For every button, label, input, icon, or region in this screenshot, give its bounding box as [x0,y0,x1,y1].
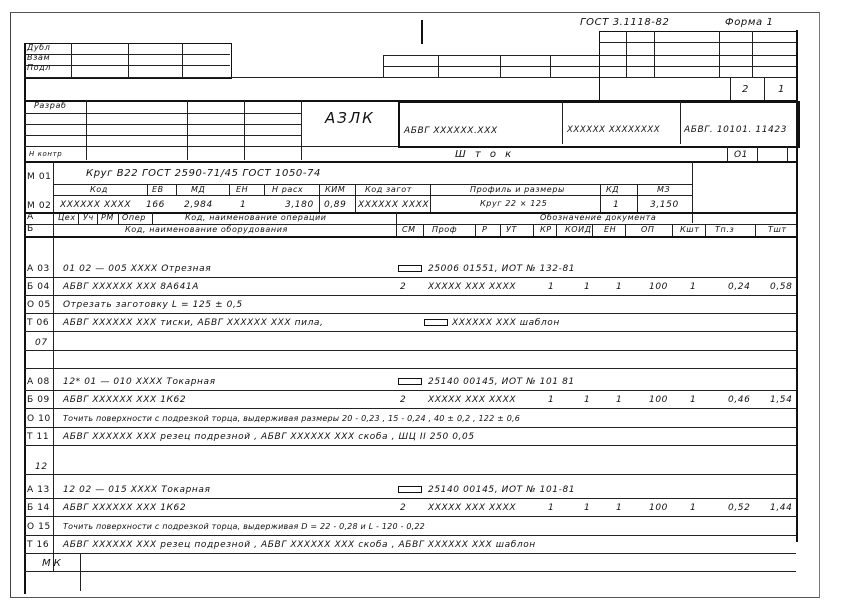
row-text: Точить поверхности с подрезкой торца, вы… [63,521,425,533]
cell-tpz: 0,24 [728,281,750,293]
row-code-b: Б [27,223,34,235]
cell-tsht: 1,44 [770,502,792,514]
mat-v-kim: 0,89 [324,199,346,211]
row-code: 12 [35,461,48,473]
cell-kr: 1 [616,502,622,514]
mat-v-ev: 166 [146,199,165,211]
row-code: 07 [35,337,48,349]
row-code-m01: М 01 [27,171,51,183]
row-code: Б 09 [27,394,50,406]
profile-symbol-icon [398,378,422,385]
row-code: Т 11 [27,431,49,443]
col-oper: Опер [122,212,146,224]
row-text: Точить поверхности с подрезкой торца, вы… [63,413,520,425]
col-ut: УТ [506,224,517,236]
cell-r: 1 [548,281,554,293]
row-doc: 25140 00145, ИОТ № 101-81 [428,484,575,496]
col-tseh: Цех [58,212,76,224]
cell-ut: 1 [584,281,590,293]
row-doc: 25006 01551, ИОТ № 132-81 [428,263,575,275]
row-code: А 13 [27,484,50,496]
document-code-2: XXXXXX XXXXXXXX [567,124,660,136]
col-tsht: Тшт [768,224,787,236]
col-kr: КР [540,224,552,236]
organization-name: АЗЛК [325,112,375,124]
document-type: МК [42,558,64,570]
cell-op: 1 [690,394,696,406]
cell-prof: XXXXX XXX XXXX [428,502,516,514]
col-doc-label: Обозначение документа [540,212,656,224]
row-code: О 15 [27,521,51,533]
document-code: АБВГ XXXXXX.XXX [404,125,498,137]
standard-label: ГОСТ 3.1118-82 [580,17,669,29]
litera: О1 [734,149,748,161]
sheet-number: 1 [778,84,785,96]
cell-ut: 1 [584,502,590,514]
row-code: Б 14 [27,502,50,514]
cell-sm: 2 [400,394,406,406]
developer-label: Разраб [34,100,67,112]
mat-v-kodzag: XXXXXX XXXX [358,199,429,211]
row-text: АБВГ XXXXXX XXX 8А641А [63,281,199,293]
n-kontr-label: Н контр [29,148,62,160]
col-rm: РМ [101,212,114,224]
cell-kr: 1 [616,281,622,293]
sheet-total: 2 [742,84,749,96]
row-text: АБВГ XXXXXX XXX тиски, АБВГ XXXXXX XXX п… [63,317,324,329]
cell-tpz: 0,52 [728,502,750,514]
profile-symbol-icon [424,319,448,326]
cell-kr: 1 [616,394,622,406]
cell-prof: XXXXX XXX XXXX [428,281,516,293]
row-text: Отрезать заготовку L = 125 ± 0,5 [63,299,243,311]
material-text: Круг В22 ГОСТ 2590-71/45 ГОСТ 1050-74 [86,168,321,180]
cell-sm: 2 [400,281,406,293]
row-text: АБВГ XXXXXX XXX резец подрезной , АБВГ X… [63,431,475,443]
row-doc: XXXXXX XXX шаблон [452,317,560,329]
top-center-mark [421,20,423,44]
form-label: Форма 1 [725,17,774,29]
cell-tsht: 1,54 [770,394,792,406]
row-text: АБВГ XXXXXX XXX 1К62 [63,502,186,514]
col-uch: Уч [83,212,94,224]
cell-ut: 1 [584,394,590,406]
cell-tpz: 0,46 [728,394,750,406]
row-doc: 25140 00145, ИОТ № 101 81 [428,376,575,388]
row-code-a: А [27,211,34,223]
row-text: АБВГ XXXXXX XXX 1К62 [63,394,186,406]
cell-r: 1 [548,394,554,406]
col-prof: Проф [432,224,457,236]
cell-sm: 2 [400,502,406,514]
col-ksht: Кшт [680,224,699,236]
row-code: О 10 [27,413,51,425]
mat-v-kd: 1 [613,199,619,211]
row-code: О 05 [27,299,51,311]
document-number: АБВГ. 10101. 11423 [684,124,787,136]
profile-symbol-icon [398,265,422,272]
row-code: Т 16 [27,539,49,551]
row-code: Б 04 [27,281,50,293]
col-koid: КОИД [565,224,592,236]
row-code: Т 06 [27,317,49,329]
cell-r: 1 [548,502,554,514]
col-tpz: Тп.з [715,224,734,236]
mat-v-nrash: 3,180 [285,199,314,211]
cell-prof: XXXXX XXX XXXX [428,394,516,406]
cell-en: 100 [649,281,668,293]
row-code: А 03 [27,263,50,275]
mat-v-kod: XXXXXX XXXX [60,199,131,211]
cell-op: 1 [690,502,696,514]
cell-en: 100 [649,394,668,406]
part-name: Ш т о к [455,149,514,161]
cell-tsht: 0,58 [770,281,792,293]
col-operation-name: Код, наименование операции [185,212,327,224]
row-text: 12 02 — 015 XXXX Токарная [63,484,211,496]
cell-en: 100 [649,502,668,514]
mat-v-md: 2,984 [184,199,213,211]
row-code: А 08 [27,376,50,388]
col-en: ЕН [604,224,616,236]
profile-symbol-icon [398,486,422,493]
cell-op: 1 [690,281,696,293]
mat-v-profile: Круг 22 × 125 [480,198,547,210]
inner-left-border [24,44,26,594]
col-equipment: Код, наименование оборудования [125,224,288,236]
row-text: 01 02 — 005 XXXX Отрезная [63,263,211,275]
row-text: АБВГ XXXXXX XXX резец подрезной , АБВГ X… [63,539,536,551]
mat-v-en: 1 [240,199,246,211]
podl-label: Подл [27,62,51,74]
col-op: ОП [641,224,655,236]
mat-v-mz: 3,150 [650,199,679,211]
col-sm: СМ [402,224,416,236]
row-text: 12* 01 — 010 XXXX Токарная [63,376,216,388]
col-r: Р [482,224,487,236]
